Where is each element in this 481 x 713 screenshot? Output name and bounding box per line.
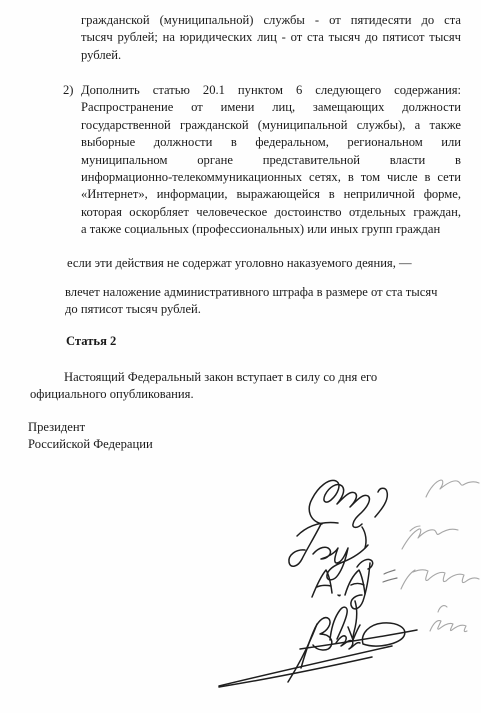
signature-4 (219, 607, 417, 687)
annotation-3 (401, 570, 479, 589)
signature-1 (309, 480, 387, 527)
arrow-stroke (348, 601, 360, 640)
annotation-4 (430, 606, 467, 632)
equals-mark (383, 570, 397, 582)
annotation-1 (426, 480, 479, 497)
signatures-overlay (0, 0, 481, 713)
document-page: гражданской (муниципальной) службы - от … (0, 0, 481, 713)
annotation-2 (402, 526, 458, 549)
signature-2 (289, 523, 368, 580)
